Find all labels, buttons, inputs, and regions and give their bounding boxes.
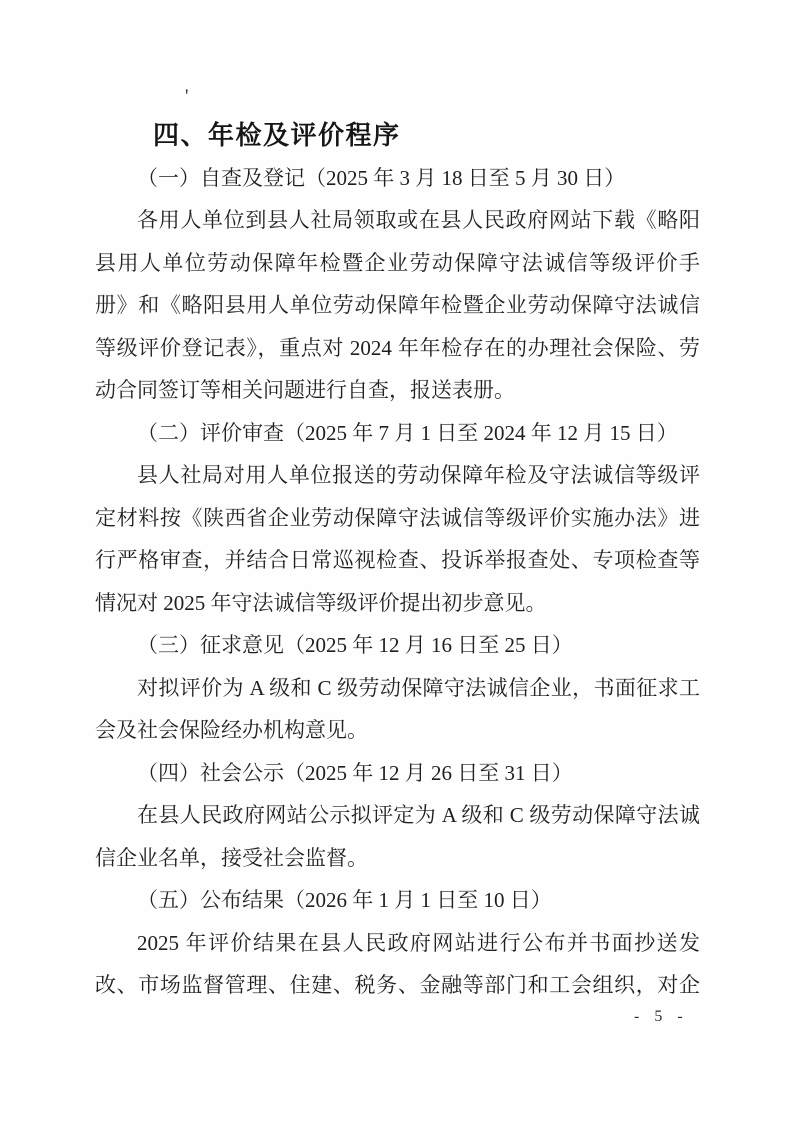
text-line: 对拟评价为 A 级和 C 级劳动保障守法诚信企业，书面征求工 (95, 667, 700, 710)
document-page: ' 四、年检及评价程序 （一）自查及登记（2025 年 3 月 18 日至 5 … (0, 0, 794, 1122)
page-number: - 5 - (634, 1008, 686, 1026)
stray-scan-mark: ' (185, 86, 188, 108)
text-line: 信企业名单，接受社会监督。 (95, 837, 700, 880)
text-line-subheading-3: （三）征求意见（2025 年 12 月 16 日至 25 日） (95, 624, 700, 667)
text-line-subheading-2: （二）评价审查（2025 年 7 月 1 日至 2024 年 12 月 15 日… (95, 412, 700, 455)
text-line: 各用人单位到县人社局领取或在县人民政府网站下载《略阳 (95, 199, 700, 242)
text-line: 动合同签订等相关问题进行自查，报送表册。 (95, 369, 700, 412)
text-line: 行严格审查，并结合日常巡视检查、投诉举报查处、专项检查等 (95, 539, 700, 582)
text-line: 情况对 2025 年守法诚信等级评价提出初步意见。 (95, 582, 700, 625)
text-line: 在县人民政府网站公示拟评定为 A 级和 C 级劳动保障守法诚 (95, 794, 700, 837)
text-line-subheading-5: （五）公布结果（2026 年 1 月 1 日至 10 日） (95, 879, 700, 922)
text-line: 册》和《略阳县用人单位劳动保障年检暨企业劳动保障守法诚信 (95, 284, 700, 327)
text-line: 县人社局对用人单位报送的劳动保障年检及守法诚信等级评 (95, 454, 700, 497)
text-line-subheading-1: （一）自查及登记（2025 年 3 月 18 日至 5 月 30 日） (95, 157, 700, 200)
text-line: 改、市场监督管理、住建、税务、金融等部门和工会组织，对企 (95, 964, 700, 1007)
text-line-subheading-4: （四）社会公示（2025 年 12 月 26 日至 31 日） (95, 752, 700, 795)
text-line: 等级评价登记表》，重点对 2024 年年检存在的办理社会保险、劳 (95, 327, 700, 370)
text-line: 会及社会保险经办机构意见。 (95, 709, 700, 752)
document-body: 四、年检及评价程序 （一）自查及登记（2025 年 3 月 18 日至 5 月 … (95, 114, 700, 1007)
section-heading: 四、年检及评价程序 (95, 114, 700, 157)
text-line: 2025 年评价结果在县人民政府网站进行公布并书面抄送发 (95, 922, 700, 965)
text-line: 县用人单位劳动保障年检暨企业劳动保障守法诚信等级评价手 (95, 242, 700, 285)
text-line: 定材料按《陕西省企业劳动保障守法诚信等级评价实施办法》进 (95, 497, 700, 540)
